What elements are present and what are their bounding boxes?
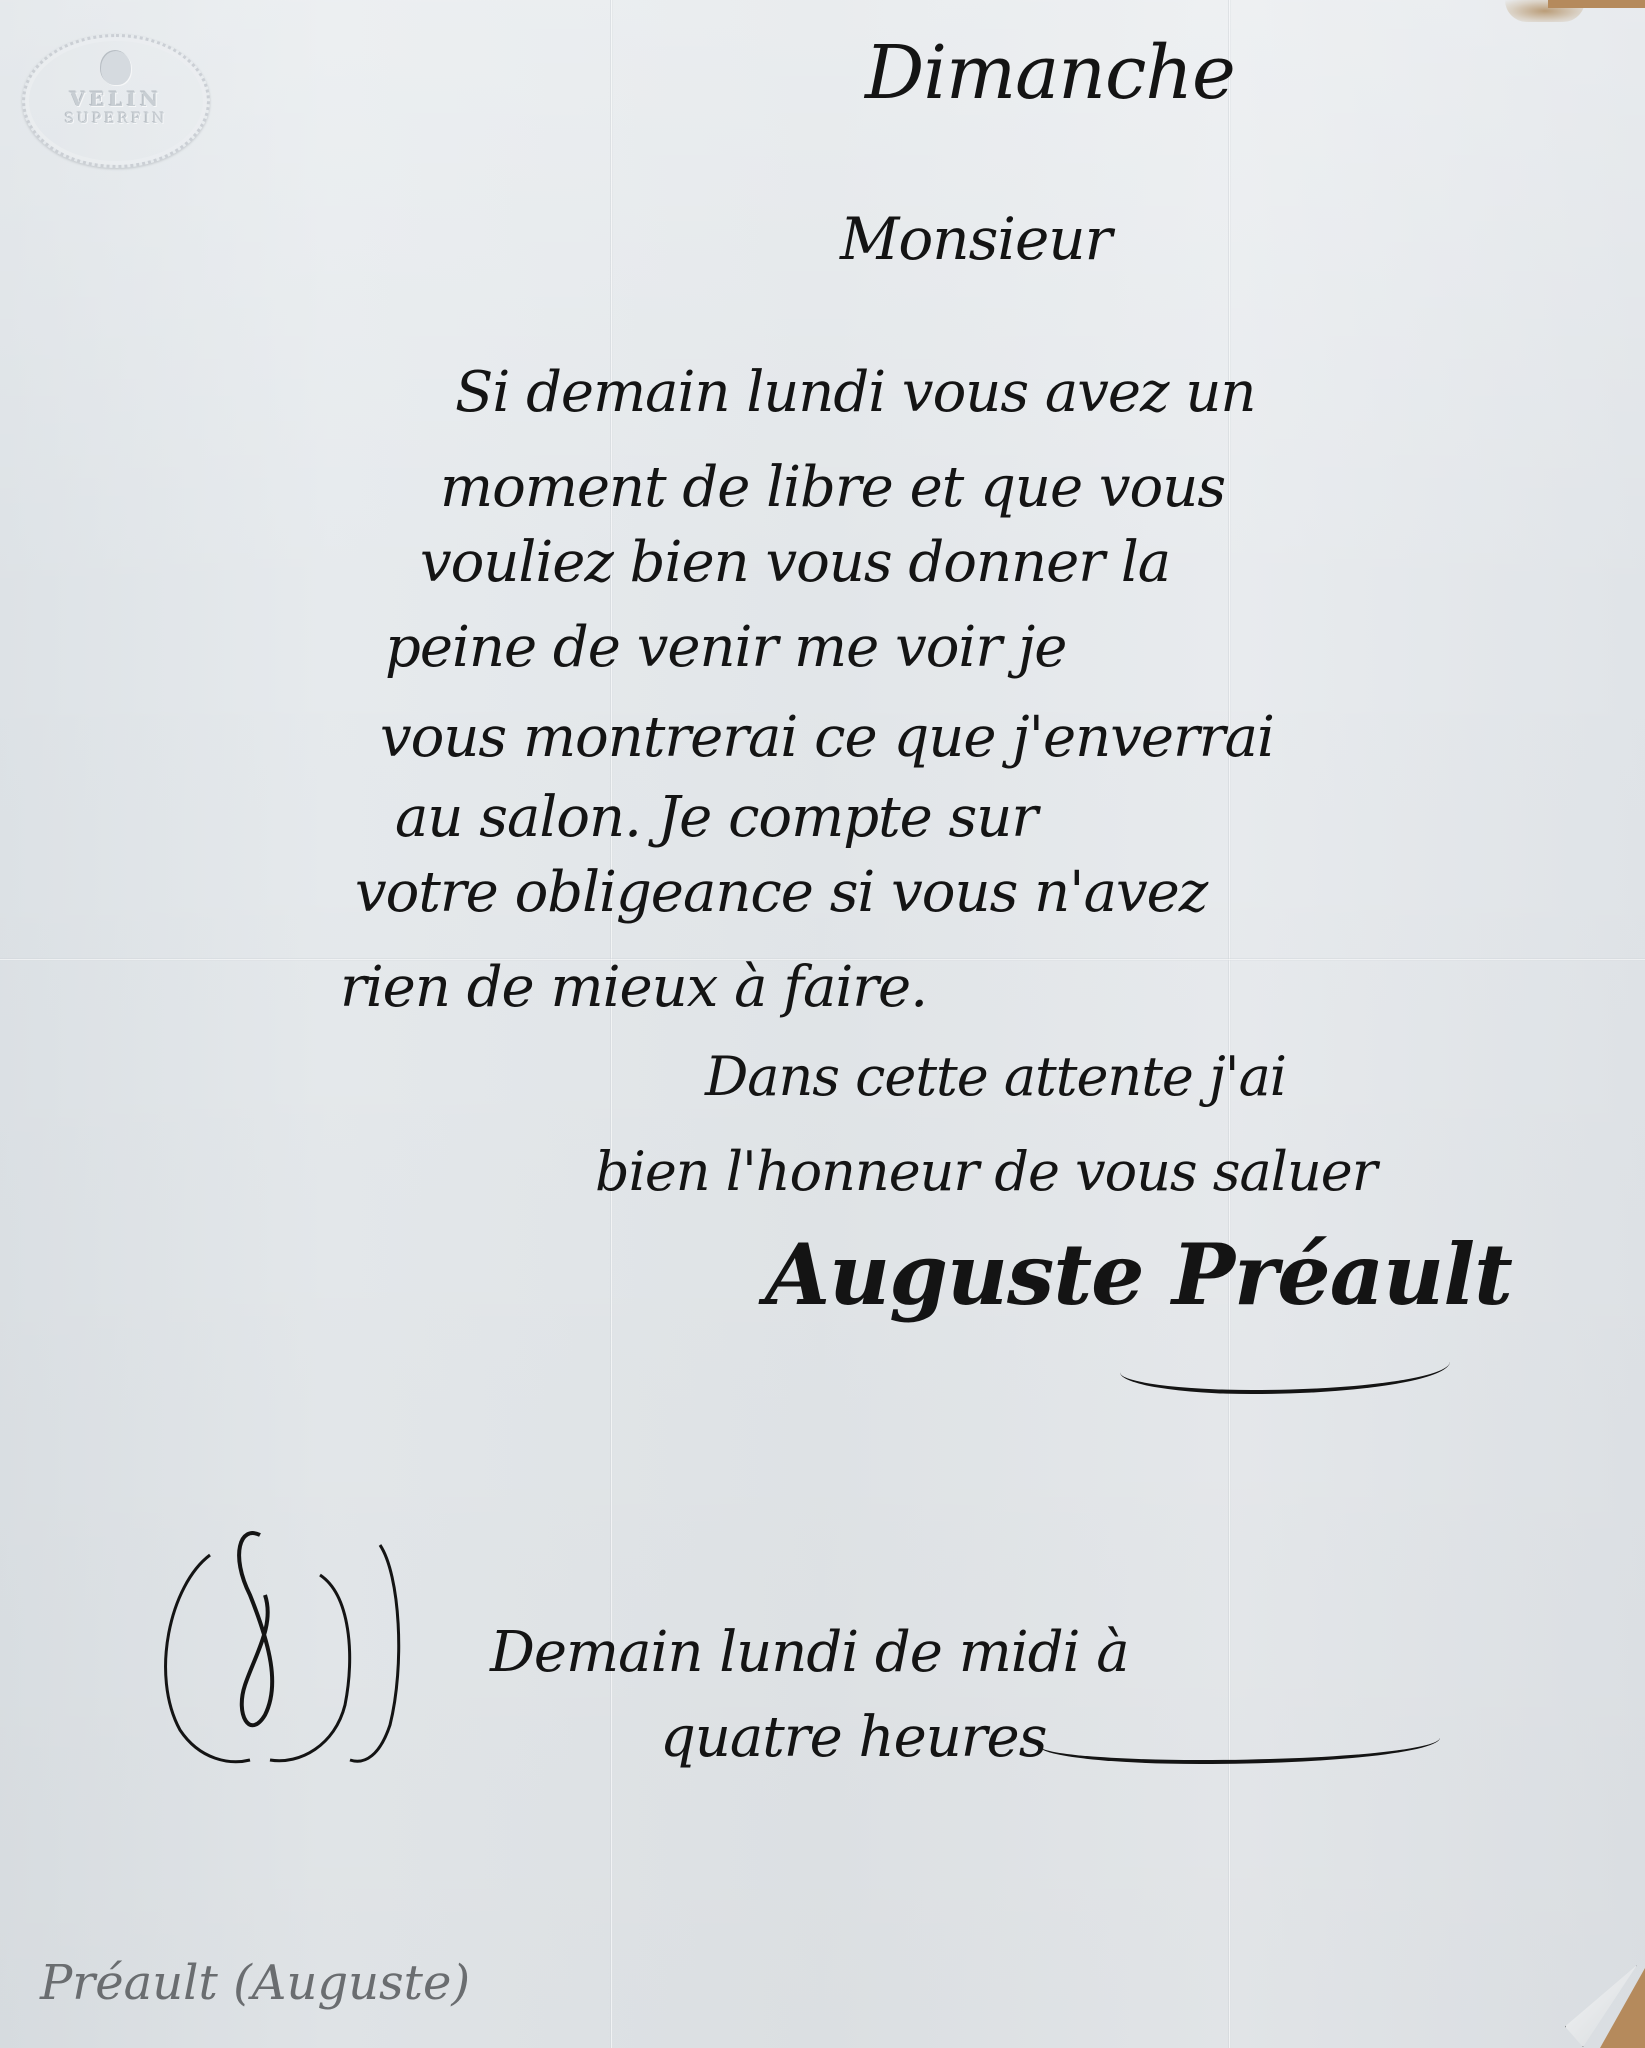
body-line: rien de mieux à faire. [340, 955, 927, 1020]
letter-sheet: VELIN SUPERFIN Dimanche Monsieur Si dema… [0, 0, 1645, 2048]
postscript-flourish [1040, 1720, 1440, 1764]
postscript-line: Demain lundi de midi à [490, 1620, 1129, 1685]
postscript-line: quatre heures [660, 1705, 1046, 1770]
embossed-paper-stamp: VELIN SUPERFIN [22, 34, 210, 168]
closing-line: bien l'honneur de vous saluer [595, 1140, 1377, 1203]
stain-mark [1505, 0, 1585, 22]
body-line: vous montrerai ce que j'enverrai [380, 705, 1274, 770]
stamp-line-2: SUPERFIN [25, 111, 207, 127]
salutation: Monsieur [840, 205, 1111, 273]
signature: Auguste Préault [765, 1225, 1512, 1324]
body-line: votre obligeance si vous n'avez [355, 860, 1207, 925]
dateline: Dimanche [865, 30, 1235, 116]
archival-pencil-note: Préault (Auguste) [40, 1955, 470, 2011]
body-line: moment de libre et que vous [440, 455, 1225, 520]
body-line: peine de venir me voir je [385, 615, 1066, 680]
folded-corner [1565, 1965, 1637, 2047]
closing-line: Dans cette attente j'ai [705, 1045, 1286, 1108]
emblem-icon [101, 51, 131, 85]
vertical-fold-line [610, 0, 613, 2048]
monogram-icon [150, 1515, 450, 1775]
body-line: vouliez bien vous donner la [420, 530, 1170, 595]
body-line: Si demain lundi vous avez un [455, 360, 1256, 425]
stamp-line-1: VELIN [25, 87, 207, 111]
signature-flourish [1120, 1340, 1450, 1394]
body-line: au salon. Je compte sur [395, 785, 1037, 850]
